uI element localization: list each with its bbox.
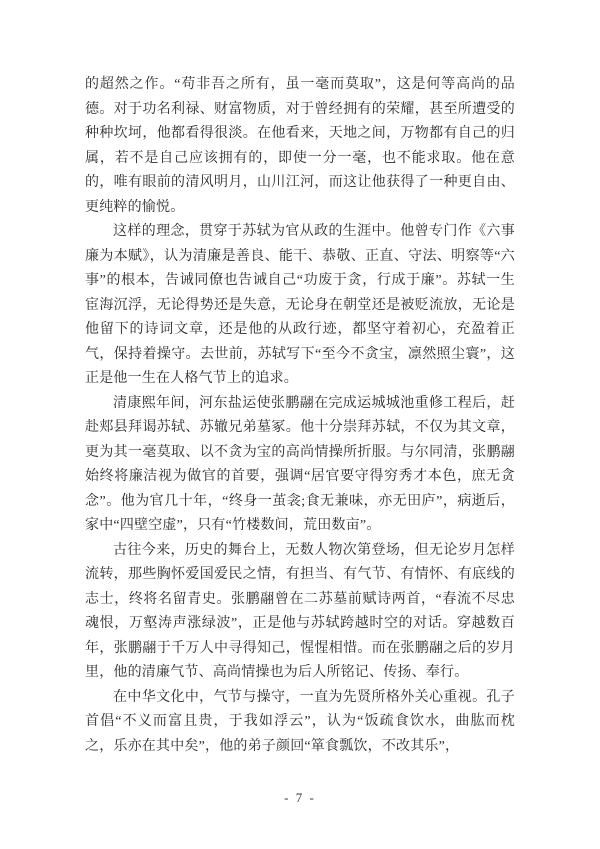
paragraph-zhang-penghe-visit: 清康熙年间，河东盐运使张鹏翮在完成运城城池重修工程后，赶赴郏县拜谒苏轼、苏辙兄弟…: [85, 392, 515, 539]
document-page: 的超然之作。“苟非吾之所有，虽一毫而莫取”，这是何等高尚的品德。对于功名利禄、财…: [0, 0, 600, 849]
paragraph-history-legacy: 古往今来，历史的舞台上，无数人物次第登场，但无论岁月怎样流转，那些胸怀爱国爱民之…: [85, 539, 515, 686]
document-body: 的超然之作。“苟非吾之所有，虽一毫而莫取”，这是何等高尚的品德。对于功名利禄、财…: [85, 73, 515, 759]
paragraph-chinese-culture: 在中华文化中，气节与操守，一直为先贤所格外关心重视。孔子首倡“不义而富且贵，于我…: [85, 686, 515, 760]
page-number: - 7 -: [0, 790, 600, 806]
paragraph-continuation: 的超然之作。“苟非吾之所有，虽一毫而莫取”，这是何等高尚的品德。对于功名利禄、财…: [85, 73, 515, 220]
paragraph-su-shi-ideals: 这样的理念，贯穿于苏轼为官从政的生涯中。他曾专门作《六事廉为本赋》，认为清廉是善…: [85, 220, 515, 392]
